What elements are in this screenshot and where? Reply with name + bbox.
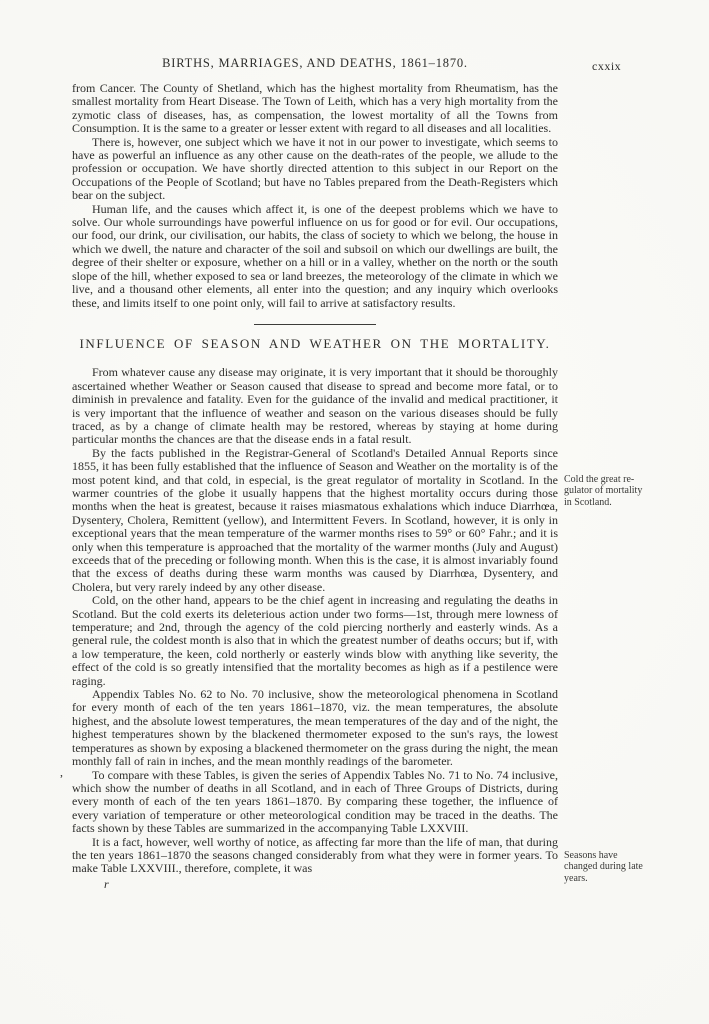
paragraph-with-sidenote: By the facts published in the Registrar-… xyxy=(72,447,558,594)
paragraph-continuation-cancer: from Cancer. The County of Shetland, whi… xyxy=(72,82,558,136)
body-text-column: from Cancer. The County of Shetland, whi… xyxy=(72,82,558,891)
margin-note-line: years. xyxy=(564,873,709,885)
paragraph-cold-regulator: By the facts published in the Registrar-… xyxy=(72,447,558,594)
margin-note-line: Seasons have xyxy=(564,850,709,862)
margin-note-cold-regulator: Cold the great re- gulator of mortality … xyxy=(564,474,709,509)
catchword-signature-mark: r xyxy=(104,878,558,891)
paragraph-seasons-changed: It is a fact, however, well worthy of no… xyxy=(72,836,558,876)
running-header-title: BIRTHS, MARRIAGES, AND DEATHS, 1861–1870… xyxy=(72,56,558,71)
paragraph-with-stray-mark: Appendix Tables No. 62 to No. 70 inclusi… xyxy=(72,688,558,768)
margin-note-line: in Scotland. xyxy=(564,497,709,509)
paragraph-human-life: Human life, and the causes which affect … xyxy=(72,203,558,310)
paragraph-appendix-tables-62-70: Appendix Tables No. 62 to No. 70 inclusi… xyxy=(72,688,558,768)
margin-note-line: changed during late xyxy=(564,861,709,873)
paragraph-cold-chief-agent: Cold, on the other hand, appears to be t… xyxy=(72,594,558,688)
paragraph-occupation-subject: There is, however, one subject which we … xyxy=(72,136,558,203)
page-number: cxxix xyxy=(592,59,621,74)
scanned-document-page: BIRTHS, MARRIAGES, AND DEATHS, 1861–1870… xyxy=(0,0,709,1024)
margin-note-seasons-changed: Seasons have changed during late years. xyxy=(564,850,709,885)
margin-note-line: Cold the great re- xyxy=(564,474,709,486)
section-divider-rule xyxy=(254,324,376,325)
paragraph-appendix-tables-71-74: To compare with these Tables, is given t… xyxy=(72,769,558,836)
section-heading: INFLUENCE OF SEASON AND WEATHER ON THE M… xyxy=(72,337,558,350)
stray-comma-mark: , xyxy=(60,766,63,779)
paragraph-with-sidenote: It is a fact, however, well worthy of no… xyxy=(72,836,558,876)
margin-note-line: gulator of mortality xyxy=(564,485,709,497)
paragraph-weather-importance: From whatever cause any disease may orig… xyxy=(72,366,558,446)
